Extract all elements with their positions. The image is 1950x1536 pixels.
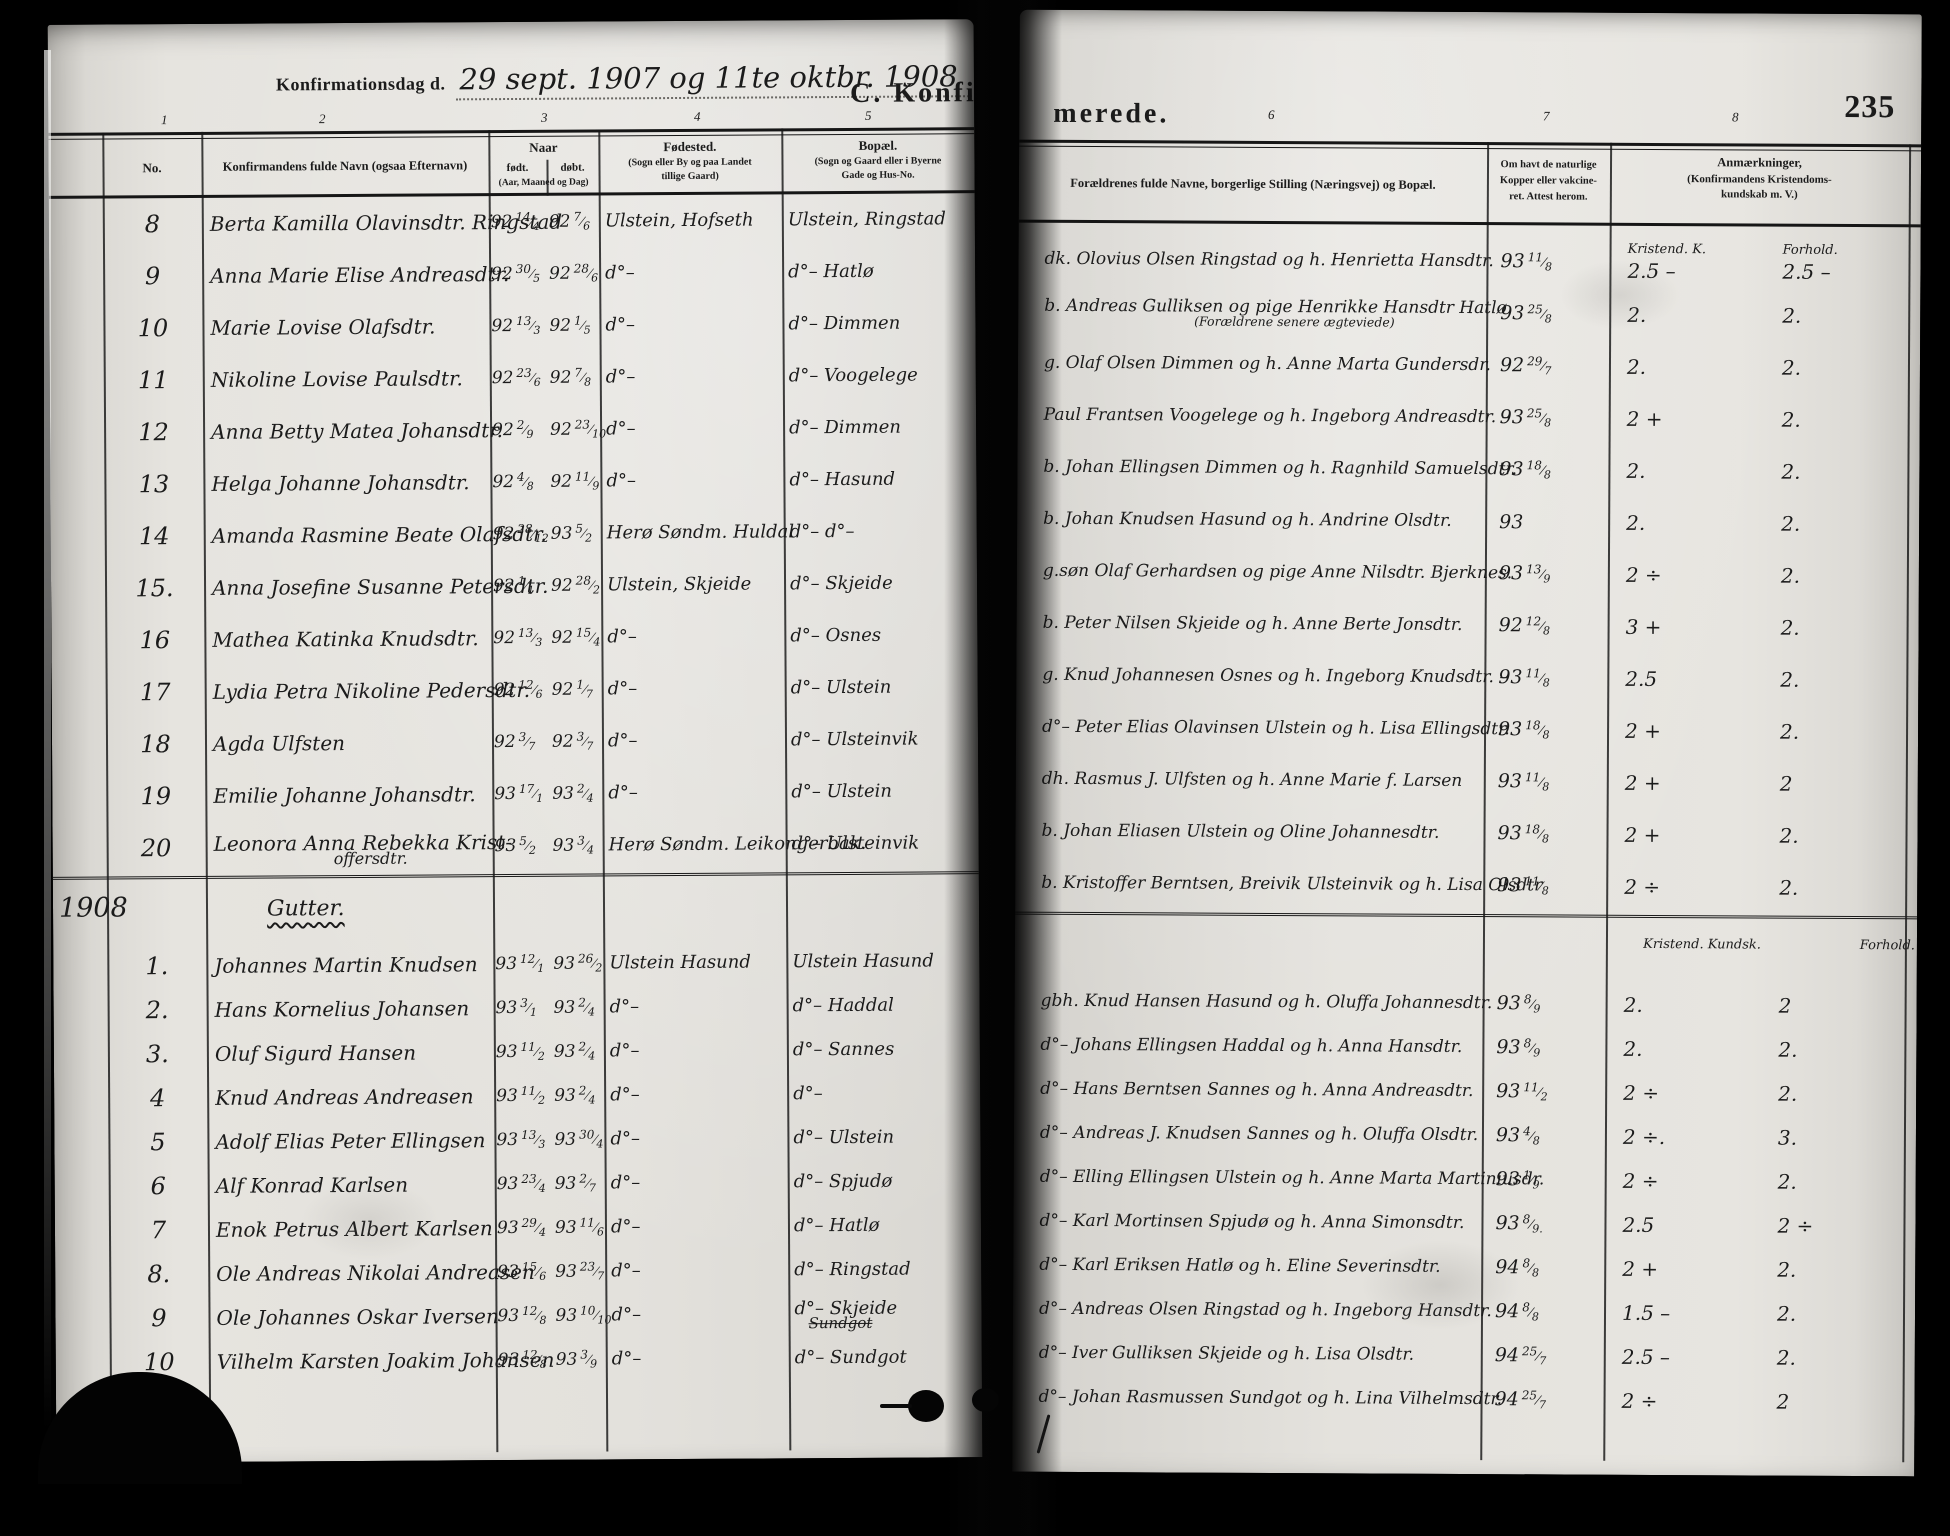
cell-number: 12	[104, 418, 203, 447]
table-row: 8Berta Kamilla Olavinsdtr. Ringstad9214⁄…	[103, 193, 975, 250]
cell-baptized: 921⁄5	[547, 314, 599, 337]
knowledge-value: 2 +	[1624, 823, 1761, 848]
cell-name: Ole Johannes Oskar Iversen	[208, 1304, 495, 1330]
cell-born: 935⁄2	[493, 834, 551, 857]
cell-vaccinated: 934⁄8	[1482, 1124, 1605, 1149]
cell-birthplace: d°–	[604, 1041, 787, 1060]
cell-name: Amanda Rasmine Beate Olafsdtr.	[204, 522, 491, 548]
section-row: 1908Gutter.	[107, 869, 979, 944]
cell-number: 18	[106, 730, 205, 759]
cell-parents: g. Olaf Olsen Dimmen og h. Anne Marta Gu…	[1028, 355, 1486, 375]
knowledge-value: 2 +	[1622, 1257, 1759, 1282]
cell-name: Alf Konrad Karlsen	[208, 1172, 495, 1198]
cell-parents: b. Andreas Gulliksen og pige Henrikke Ha…	[1028, 298, 1486, 328]
cell-born: 933⁄1	[494, 996, 552, 1019]
table-row: 14Amanda Rasmine Beate Olafsdtr.9228⁄129…	[105, 505, 977, 562]
cell-residence: d°– Voogelege	[783, 366, 969, 385]
cell-parents: d°– Iver Gulliksen Skjeide og h. Lisa Ol…	[1023, 1345, 1481, 1365]
cell-name: Anna Betty Matea Johansdtr.	[203, 418, 490, 444]
cell-knowledge: 2 ÷.	[1605, 1125, 1760, 1150]
cell-birthplace: d°–	[605, 1217, 788, 1236]
cell-knowledge: 2 +	[1609, 407, 1764, 432]
cell-name: Helga Johanne Johansdtr.	[203, 470, 490, 496]
table-row: 20Leonora Anna Rebekka Krist-offersdtr.9…	[106, 817, 978, 874]
cell-conduct: 2.	[1759, 1346, 1913, 1371]
cell-conduct: 2.	[1762, 720, 1916, 745]
header-residence-note: Gade og Hus-No.	[782, 169, 975, 183]
cell-vaccinated: 938⁄9.	[1481, 1212, 1604, 1237]
cell-birthplace: d°–	[604, 1129, 787, 1148]
cell-number: 8.	[109, 1260, 208, 1289]
table-row: 18Agda Ulfsten923⁄7923⁄7d°–d°– Ulsteinvi…	[106, 713, 978, 770]
cell-vaccinated: 9311⁄8	[1484, 666, 1607, 691]
cell-born: 9230⁄5	[489, 262, 547, 285]
knowledge-subheader: Kristend. Kundsk.	[1643, 938, 1761, 951]
column-number: 6	[1268, 107, 1275, 123]
right-table-header: Forældrenes fulde Navne, borgerlige Stil…	[1020, 10, 1922, 15]
table-row: b. Johan Eliasen Ulstein og Oline Johann…	[1025, 806, 1917, 863]
cell-parents: dk. Olovius Olsen Ringstad og h. Henriet…	[1028, 251, 1486, 271]
table-row: b. Andreas Gulliksen og pige Henrikke Ha…	[1028, 286, 1920, 343]
cell-number: 16	[105, 626, 204, 655]
ledger-photo: Konfirmationsdag d.29 sept. 1907 og 11te…	[0, 0, 1950, 1536]
knowledge-value: 2 ÷	[1623, 1169, 1760, 1194]
knowledge-value: 2 ÷	[1624, 875, 1761, 900]
cell-birthplace: d°–	[599, 263, 782, 282]
cell-name: Hans Kornelius Johansen	[207, 996, 494, 1022]
table-row: 8.Ole Andreas Nikolai Andreasen9315⁄6932…	[109, 1247, 981, 1296]
cell-parents: d°– Johans Ellingsen Haddal og h. Anna H…	[1024, 1037, 1482, 1057]
cell-baptized: 9223⁄10	[548, 418, 600, 441]
table-row: d°– Karl Eriksen Hatlø og h. Eline Sever…	[1023, 1244, 1915, 1293]
cell-conduct: 2.	[1760, 1038, 1914, 1063]
knowledge-value: 2 ÷.	[1623, 1125, 1760, 1150]
cell-parents: b. Johan Knudsen Hasund og h. Andrine Ol…	[1027, 511, 1485, 531]
cell-birthplace: d°–	[604, 997, 787, 1016]
cell-residence: d°– Sundgot	[789, 1348, 975, 1367]
column-number: 8	[1732, 109, 1739, 125]
cell-birthplace: Ulstein, Hofseth	[599, 211, 782, 230]
cell-birthplace: d°–	[602, 679, 785, 698]
table-row: d°– Karl Mortinsen Spjudø og h. Anna Sim…	[1023, 1200, 1915, 1249]
knowledge-value: 3 +	[1626, 615, 1763, 640]
column-number: 2	[319, 111, 326, 127]
cell-conduct: 2.	[1761, 824, 1915, 849]
conduct-value: 2.	[1781, 564, 1917, 589]
cell-residence: d°– Osnes	[784, 626, 970, 645]
conduct-value: 2.	[1777, 1346, 1913, 1371]
cell-baptized: 932⁄4	[552, 1084, 604, 1107]
cell-residence: d°– Haddal	[787, 996, 973, 1015]
table-row: gbh. Knud Hansen Hasund og h. Oluffa Joh…	[1025, 980, 1917, 1029]
table-row: d°– Andreas J. Knudsen Sannes og h. Oluf…	[1024, 1112, 1916, 1161]
cell-baptized: 932⁄4	[552, 996, 604, 1019]
cell-name: Adolf Elias Peter Ellingsen	[207, 1128, 494, 1154]
table-row: dh. Rasmus J. Ulfsten og h. Anne Marie f…	[1026, 754, 1918, 811]
cell-knowledge: 2.	[1608, 459, 1763, 484]
cell-conduct: 2.	[1764, 356, 1918, 381]
cell-knowledge: 1.5 –	[1604, 1301, 1759, 1326]
cell-baptized: 9215⁄4	[549, 626, 601, 649]
cell-born: 923⁄7	[492, 730, 550, 753]
conduct-value: 2 ÷	[1777, 1214, 1913, 1239]
header-birthplace-note: tillige Gaard)	[599, 170, 782, 184]
cell-parents: d°– Peter Elias Olavinsen Ulstein og h. …	[1026, 719, 1484, 739]
cell-baptized: 932⁄7	[553, 1172, 605, 1195]
cell-baptized: 923⁄7	[550, 730, 602, 753]
cell-birthplace: d°–	[600, 367, 783, 386]
cell-residence: d°– Hatlø	[782, 262, 968, 281]
cell-number: 6	[109, 1172, 208, 1201]
cell-vaccinated: 9229⁄7	[1486, 354, 1609, 379]
cell-knowledge: 2.5	[1607, 667, 1762, 692]
table-row: 19Emilie Johanne Johansdtr.9317⁄1932⁄4d°…	[106, 765, 978, 822]
section-title-right: merede.	[1053, 98, 1169, 131]
cell-residence: d°– d°–	[784, 522, 970, 541]
table-row: 7Enok Petrus Albert Karlsen9329⁄49311⁄6d…	[109, 1203, 981, 1252]
column-number: 1	[161, 112, 168, 128]
header-birthplace-note: (Sogn eller By og paa Landet	[598, 156, 781, 170]
table-row: 9Anna Marie Elise Andreasdtr.9230⁄59228⁄…	[103, 245, 975, 302]
cell-conduct: 2.	[1759, 1302, 1913, 1327]
cell-residence: d°– Skjeide	[784, 574, 970, 593]
cell-knowledge: 2.	[1609, 355, 1764, 380]
cell-baptized: 935⁄2	[549, 522, 601, 545]
cell-vaccinated: 9212⁄8	[1485, 614, 1608, 639]
cell-conduct: 2.	[1760, 1082, 1914, 1107]
table-row: 10Marie Lovise Olafsdtr.9213⁄3921⁄5d°–d°…	[103, 297, 975, 354]
header-residence: Bopæl.	[781, 137, 974, 154]
cell-residence: d°– Ulsteinvik	[785, 730, 971, 749]
book-spine-edge	[44, 50, 51, 1430]
header-naar: Naar	[488, 139, 598, 156]
table-row: d°– Andreas Olsen Ringstad og h. Ingebor…	[1023, 1288, 1915, 1337]
cell-baptized: 9326⁄2	[551, 952, 603, 975]
cell-residence: d°–	[787, 1084, 973, 1103]
cell-number: 3.	[108, 1040, 207, 1069]
binding-thread	[880, 1404, 912, 1408]
header-vaccinated: ret. Attest herom.	[1487, 190, 1610, 204]
knowledge-value: 2.	[1624, 993, 1761, 1018]
table-row: 16Mathea Katinka Knudsdtr.9213⁄39215⁄4d°…	[105, 609, 977, 666]
cell-residence: d°– Ringstad	[788, 1260, 974, 1279]
cell-knowledge: 2 ÷	[1605, 1081, 1760, 1106]
cell-conduct: 2.	[1761, 876, 1915, 901]
cell-vaccinated: 9425⁄7	[1481, 1344, 1604, 1369]
cell-number: 9	[103, 262, 202, 291]
section-row: Kristend. Kundsk.Forhold.	[1025, 910, 1917, 985]
cell-vaccinated: 9318⁄8	[1484, 718, 1607, 743]
conduct-value: 2	[1776, 1390, 1912, 1415]
cell-name: Nikoline Lovise Paulsdtr.	[203, 366, 490, 392]
cell-born: 9312⁄1	[493, 952, 551, 975]
cell-residence: d°– Hasund	[783, 470, 969, 489]
cell-number: 20	[107, 834, 206, 863]
cell-born: 9212⁄6	[492, 678, 550, 701]
cell-birthplace: d°–	[605, 1173, 788, 1192]
cell-baptized: 9311⁄6	[553, 1216, 605, 1239]
cell-conduct: 2.	[1763, 512, 1917, 537]
cell-parents: d°– Karl Mortinsen Spjudø og h. Anna Sim…	[1023, 1213, 1481, 1233]
conduct-value: 2.	[1781, 616, 1917, 641]
knowledge-value: 2 +	[1625, 771, 1762, 796]
cell-number: 2.	[108, 996, 207, 1025]
cell-number: 9	[109, 1304, 208, 1333]
header-birthplace: Fødested.	[598, 138, 781, 155]
conduct-value: 2	[1780, 772, 1916, 797]
cell-knowledge: Kristend. K.2.5 –	[1609, 243, 1764, 283]
cell-vaccinated: 948⁄8	[1481, 1300, 1604, 1325]
header-residence-note: (Sogn og Gaard eller i Byerne	[781, 155, 974, 169]
cell-vaccinated: 9318⁄8	[1485, 458, 1608, 483]
column-number: 5	[865, 108, 872, 124]
conduct-value: 2.5 –	[1782, 259, 1918, 284]
cell-knowledge: 3 +	[1608, 615, 1763, 640]
cell-residence: d°– Ulsteinvik	[786, 834, 972, 853]
knowledge-value: 2.5 –	[1627, 258, 1764, 283]
knowledge-value: 2 +	[1625, 719, 1762, 744]
cell-residence: d°– SkjeideSundgot	[788, 1299, 974, 1328]
cell-vaccinated: 9318⁄8	[1483, 822, 1606, 847]
cell-vaccinated: 9311⁄2	[1482, 1080, 1605, 1105]
cell-conduct: 2	[1758, 1390, 1912, 1415]
cell-knowledge: 2 +	[1606, 823, 1761, 848]
cell-born: 9312⁄8	[495, 1304, 553, 1327]
cell-parents: b. Kristoffer Berntsen, Breivik Ulsteinv…	[1025, 875, 1483, 895]
header-born: født.	[488, 162, 546, 176]
cell-parents: b. Johan Eliasen Ulstein og Oline Johann…	[1025, 823, 1483, 843]
conduct-value: 2.	[1782, 304, 1918, 329]
knowledge-value: 1.5 –	[1622, 1301, 1759, 1326]
cell-baptized: 9228⁄2	[549, 574, 601, 597]
cell-baptized: 9211⁄9	[548, 470, 600, 493]
cell-vaccinated: 931⁄9	[1482, 1168, 1605, 1193]
cell-conduct: 2.	[1760, 1170, 1914, 1195]
left-page: Konfirmationsdag d.29 sept. 1907 og 11te…	[48, 19, 983, 1463]
table-row: 17Lydia Petra Nikoline Pedersdtr.9212⁄69…	[106, 661, 978, 718]
cell-knowledge: 2 ÷	[1608, 563, 1763, 588]
cell-name: Emilie Johanne Johansdtr.	[205, 782, 492, 808]
cell-birthplace: d°–	[602, 783, 785, 802]
cell-birthplace: Herø Søndm. Leikongerbak.	[603, 835, 786, 854]
binding-hole	[908, 1390, 944, 1422]
cell-birthplace: d°–	[602, 731, 785, 750]
table-row: d°– Iver Gulliksen Skjeide og h. Lisa Ol…	[1023, 1332, 1915, 1381]
cell-knowledge: 2 ÷	[1606, 875, 1761, 900]
table-row: 13Helga Johanne Johansdtr.924⁄89211⁄9d°–…	[104, 453, 976, 510]
conduct-value: 2.	[1782, 356, 1918, 381]
cell-baptized: 921⁄7	[550, 678, 602, 701]
cell-residence: d°– Ulstein	[787, 1128, 973, 1147]
conduct-value: 2.	[1778, 1170, 1914, 1195]
cell-parents: d°– Elling Ellingsen Ulstein og h. Anne …	[1024, 1169, 1482, 1189]
header-remarks: Anmærkninger,	[1610, 155, 1909, 172]
rows-right: dk. Olovius Olsen Ringstad og h. Henriet…	[1022, 234, 1920, 1425]
cell-residence: d°– Dimmen	[783, 418, 969, 437]
column-number: 7	[1543, 108, 1550, 124]
cell-birthplace: d°–	[606, 1349, 789, 1368]
cell-knowledge: 2.5	[1604, 1213, 1759, 1238]
struck-text: Sundgot	[795, 1317, 975, 1328]
cell-residence: Ulstein Hasund	[786, 952, 972, 971]
conduct-value: 2.	[1779, 824, 1915, 849]
cell-birthplace: Ulstein, Skjeide	[601, 575, 784, 594]
cell-baptized: 932⁄4	[552, 1040, 604, 1063]
cell-born: 9214⁄4	[489, 210, 547, 233]
table-row: g. Olaf Olsen Dimmen og h. Anne Marta Gu…	[1028, 338, 1920, 395]
conduct-value: 2.	[1777, 1302, 1913, 1327]
cell-name: Berta Kamilla Olavinsdtr. Ringstad	[202, 210, 489, 236]
table-row: dk. Olovius Olsen Ringstad og h. Henriet…	[1028, 234, 1920, 291]
header-vaccinated: Om havt de naturlige	[1487, 158, 1610, 172]
left-table-header: No. Konfirmandens fulde Navn (ogsaa Efte…	[48, 19, 974, 25]
cell-baptized: 932⁄4	[550, 782, 602, 805]
cell-born: 924⁄8	[490, 470, 548, 493]
conduct-value: 2.	[1778, 1038, 1914, 1063]
cell-baptized: 9228⁄6	[547, 262, 599, 285]
remarks-subheader: Kristend. Kundsk.	[1606, 938, 1761, 958]
table-row: 3.Oluf Sigurd Hansen9311⁄2932⁄4d°–d°– Sa…	[108, 1027, 980, 1076]
cell-baptized: 927⁄6	[547, 210, 599, 233]
table-row: d°– Elling Ellingsen Ulstein og h. Anne …	[1024, 1156, 1916, 1205]
table-row: 6Alf Konrad Karlsen9323⁄4932⁄7d°–d°– Spj…	[109, 1159, 981, 1208]
cell-residence: Ulstein, Ringstad	[782, 210, 968, 229]
conduct-value: 3.	[1778, 1126, 1914, 1151]
conduct-subheader: Forhold.	[1860, 940, 1915, 952]
knowledge-subheader: Kristend. K.	[1628, 243, 1765, 256]
section-divider	[1015, 912, 1917, 921]
table-row: 2.Hans Kornelius Johansen933⁄1932⁄4d°–d°…	[108, 983, 980, 1032]
page-number: 235	[1844, 88, 1895, 125]
cell-conduct: 2.	[1763, 460, 1917, 485]
table-row: d°– Johan Rasmussen Sundgot og h. Lina V…	[1022, 1376, 1914, 1425]
table-row: 12Anna Betty Matea Johansdtr.922⁄99223⁄1…	[104, 401, 976, 458]
header-no: No.	[102, 160, 201, 177]
cell-conduct: 2.	[1762, 668, 1916, 693]
cell-knowledge: 2.	[1606, 993, 1761, 1018]
cell-conduct: 3.	[1760, 1126, 1914, 1151]
cell-baptized: 9330⁄4	[552, 1128, 604, 1151]
rows-left: 8Berta Kamilla Olavinsdtr. Ringstad9214⁄…	[103, 193, 982, 1384]
cell-name: Oluf Sigurd Hansen	[207, 1040, 494, 1066]
cell-name: Leonora Anna Rebekka Krist-offersdtr.	[206, 830, 493, 864]
cell-parents: g.søn Olaf Gerhardsen og pige Anne Nilsd…	[1027, 563, 1485, 583]
header-rule	[1019, 220, 1921, 227]
table-row: 11Nikoline Lovise Paulsdtr.9223⁄6927⁄8d°…	[104, 349, 976, 406]
cell-number: 10	[103, 314, 202, 343]
cell-knowledge: 2.5 –	[1604, 1345, 1759, 1370]
cell-knowledge: 2 +	[1604, 1257, 1759, 1282]
right-page: merede. 235 6 7 8 Forældrenes fulde Navn…	[1012, 10, 1922, 1477]
binding-hole	[972, 1388, 999, 1412]
header-name: Konfirmandens fulde Navn (ogsaa Efternav…	[201, 158, 488, 175]
conduct-value: 2.	[1781, 460, 1917, 485]
cell-conduct: 2.	[1764, 408, 1918, 433]
cell-parents: b. Johan Ellingsen Dimmen og h. Ragnhild…	[1027, 459, 1485, 479]
cell-baptized: 933⁄9	[554, 1348, 606, 1371]
cell-name: Anna Josefine Susanne Petersdtr.	[204, 574, 491, 600]
header-parents: Forældrenes fulde Navne, borgerlige Stil…	[1019, 176, 1487, 194]
cell-vaccinated: 9325⁄8	[1486, 406, 1609, 431]
cell-residence: d°– Hatlø	[788, 1216, 974, 1235]
cell-knowledge: 2 ÷	[1603, 1389, 1758, 1414]
table-row: d°– Peter Elias Olavinsen Ulstein og h. …	[1026, 702, 1918, 759]
remarks-subheader: Forhold.	[1761, 939, 1915, 959]
knowledge-value: 2.	[1627, 303, 1764, 328]
conduct-value: 2.	[1780, 668, 1916, 693]
cell-number: 15.	[105, 574, 204, 603]
knowledge-value: 2.5	[1622, 1213, 1759, 1238]
cell-vaccinated: 938⁄9	[1483, 992, 1606, 1017]
cell-vaccinated: 9425⁄7	[1480, 1388, 1603, 1413]
cell-born: 921⁄1	[491, 574, 549, 597]
cell-birthplace: d°–	[605, 1261, 788, 1280]
header-remarks: (Konfirmandens Kristendoms-	[1610, 173, 1909, 188]
cell-number: 4	[108, 1084, 207, 1113]
cell-vaccinated: 948⁄8	[1481, 1256, 1604, 1281]
cell-vaccinated: 9311⁄8	[1486, 250, 1609, 275]
cell-born: 9223⁄6	[490, 366, 548, 389]
cell-conduct: 2.	[1763, 616, 1917, 641]
conduct-value: 2.	[1782, 408, 1918, 433]
confirmation-day-label: Konfirmationsdag d.	[276, 73, 446, 94]
cell-vaccinated: 9313⁄9	[1485, 562, 1608, 587]
table-row: 4Knud Andreas Andreasen9311⁄2932⁄4d°–d°–	[108, 1071, 980, 1120]
cell-birthplace: d°–	[601, 627, 784, 646]
cell-birthplace: d°–	[605, 1305, 788, 1324]
section-title-left: C. Konfir	[850, 77, 982, 110]
cell-number: 7	[109, 1216, 208, 1245]
cell-baptized: 927⁄8	[548, 366, 600, 389]
cell-parents: g. Knud Johannesen Osnes og h. Ingeborg …	[1026, 667, 1484, 687]
cell-number: 8	[103, 210, 202, 239]
cell-born: 9213⁄3	[489, 314, 547, 337]
cell-vaccinated: 93	[1485, 511, 1608, 534]
cell-name: Marie Lovise Olafsdtr.	[202, 314, 489, 340]
cell-conduct: 2	[1762, 772, 1916, 797]
table-row: 1.Johannes Martin Knudsen9312⁄19326⁄2Uls…	[107, 939, 979, 988]
column-number: 4	[694, 109, 701, 125]
cell-conduct: Forhold.2.5 –	[1764, 244, 1918, 284]
cell-baptized: 9310⁄10	[553, 1304, 605, 1327]
cell-knowledge: 2 +	[1607, 771, 1762, 796]
cell-residence: d°– Ulstein	[785, 782, 971, 801]
table-row: 10Vilhelm Karsten Joakim Johansen9312⁄89…	[110, 1335, 982, 1384]
cell-birthplace: Ulstein Hasund	[603, 953, 786, 972]
cell-baptized: 933⁄4	[551, 834, 603, 857]
cell-name: Ole Andreas Nikolai Andreasen	[208, 1260, 495, 1286]
cell-number: 11	[104, 366, 203, 395]
cell-parents: d°– Johan Rasmussen Sundgot og h. Lina V…	[1023, 1389, 1481, 1409]
conduct-value: 2.	[1781, 512, 1917, 537]
table-row: b. Kristoffer Berntsen, Breivik Ulsteinv…	[1025, 858, 1917, 915]
cell-residence: d°– Dimmen	[782, 314, 968, 333]
cell-conduct: 2 ÷	[1759, 1214, 1913, 1239]
cell-number: 14	[105, 522, 204, 551]
conduct-value: 2.	[1780, 720, 1916, 745]
cell-conduct: 2.	[1764, 304, 1918, 329]
cell-parents: b. Peter Nilsen Skjeide og h. Anne Berte…	[1027, 615, 1485, 635]
cell-parents: d°– Andreas Olsen Ringstad og h. Ingebor…	[1023, 1301, 1481, 1321]
cell-parents: gbh. Knud Hansen Hasund og h. Oluffa Joh…	[1025, 993, 1483, 1013]
cell-number: 13	[104, 470, 203, 499]
cell-residence: d°– Spjudø	[788, 1172, 974, 1191]
knowledge-value: 2.	[1626, 459, 1763, 484]
header-vaccinated: Kopper eller vakcine-	[1487, 174, 1610, 188]
knowledge-value: 2.5 –	[1622, 1345, 1759, 1370]
cell-birthplace: d°–	[599, 315, 782, 334]
cell-born: 9329⁄4	[495, 1216, 553, 1239]
